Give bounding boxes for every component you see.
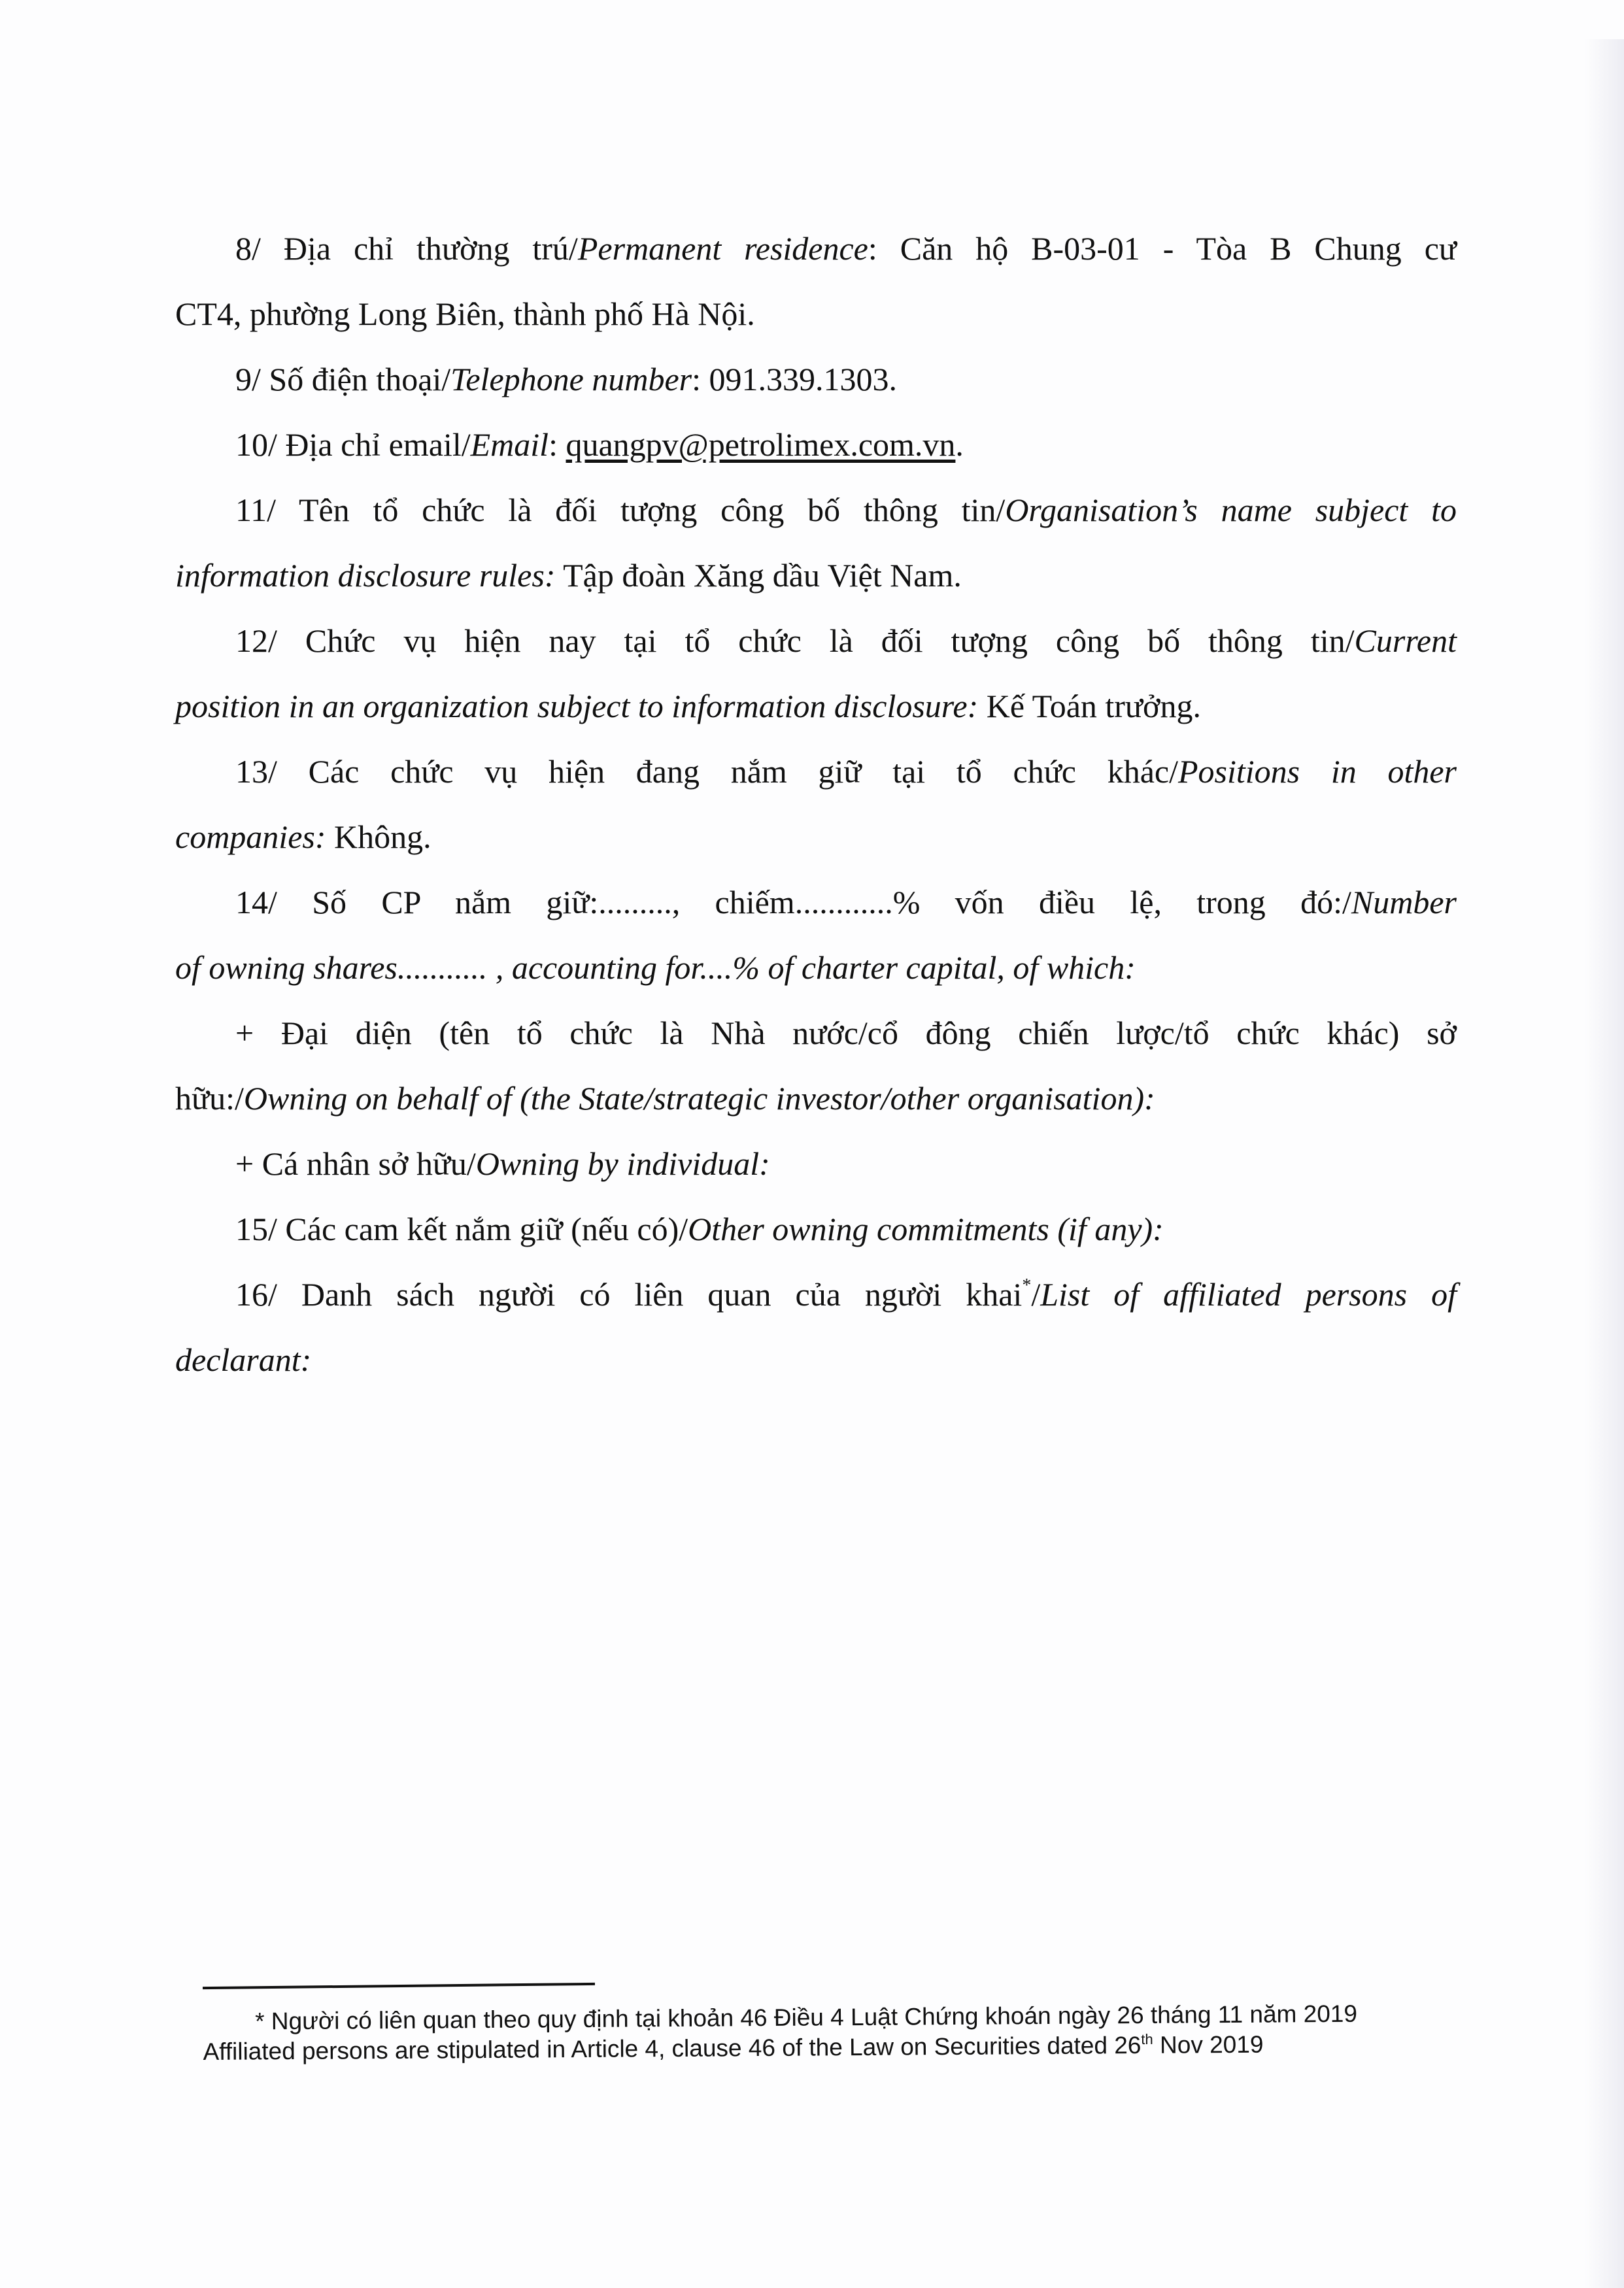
item-other-positions: 13/ Các chức vụ hiện đang nắm giữ tại tổ…: [175, 739, 1457, 869]
label-en: Owning by individual:: [476, 1145, 770, 1182]
label-vi: Cá nhân sở hữu/: [262, 1145, 476, 1182]
label-en-cont: declarant:: [175, 1341, 311, 1378]
label-en-cont: of owning shares........... , accounting…: [175, 949, 1136, 986]
item-owning-on-behalf: + Đại diện (tên tổ chức là Nhà nước/cổ đ…: [175, 1000, 1457, 1131]
footnote-en-tail: Nov 2019: [1153, 2031, 1264, 2059]
email-link[interactable]: quangpv@petrolimex.com.vn: [566, 426, 955, 463]
item-number: 12/: [235, 622, 277, 659]
label-en-cont: companies:: [175, 818, 326, 855]
label-en: List of affiliated persons of: [1040, 1276, 1457, 1313]
telephone-value: 091.339.1303.: [709, 361, 898, 397]
label-en-cont: position in an organization subject to i…: [175, 688, 978, 724]
label-vi: Các chức vụ hiện đang nắm giữ tại tổ chứ…: [309, 753, 1178, 790]
separator: :: [549, 426, 566, 463]
bullet-plus: +: [235, 1145, 254, 1182]
residence-value: Căn hộ B-03-01 - Tòa B Chung cư: [900, 230, 1457, 267]
label-vi: Các cam kết nắm giữ (nếu có)/: [285, 1211, 688, 1247]
label-vi-cont: hữu:/: [175, 1080, 244, 1117]
footnote-en-text: Affiliated persons are stipulated in Art…: [203, 2032, 1141, 2065]
label-vi: Địa chỉ email/: [285, 426, 470, 463]
item-owning-individual: + Cá nhân sở hữu/Owning by individual:: [175, 1131, 1457, 1196]
item-number: 13/: [235, 753, 277, 790]
label-vi: Số điện thoại/: [269, 361, 450, 397]
document-body: 8/ Địa chỉ thường trú/Permanent residenc…: [175, 216, 1457, 1392]
item-number: 9/: [235, 361, 261, 397]
label-en: Permanent residence: [578, 230, 868, 267]
label-en: Number: [1351, 884, 1457, 920]
label-vi: Địa chỉ thường trú/: [284, 230, 578, 267]
label-vi: Danh sách người có liên quan của người k…: [301, 1276, 1022, 1313]
position-value: Kế Toán trưởng.: [978, 688, 1201, 724]
punctuation: .: [955, 426, 964, 463]
item-number: 16/: [235, 1276, 277, 1313]
item-number: 14/: [235, 884, 277, 920]
item-telephone: 9/ Số điện thoại/Telephone number: 091.3…: [175, 346, 1457, 412]
label-en: Telephone number: [450, 361, 692, 397]
item-current-position: 12/ Chức vụ hiện nay tại tổ chức là đối …: [175, 608, 1457, 739]
label-en: Current: [1355, 622, 1457, 659]
label-en: Owning on behalf of (the State/strategic…: [244, 1080, 1155, 1117]
item-organisation-name: 11/ Tên tổ chức là đối tượng công bố thô…: [175, 477, 1457, 608]
item-email: 10/ Địa chỉ email/Email: quangpv@petroli…: [175, 412, 1457, 477]
label-en: Organisation’s name subject to: [1005, 492, 1457, 528]
item-number: 8/: [235, 230, 261, 267]
footnote-divider: [203, 1983, 595, 1989]
item-affiliated-persons: 16/ Danh sách người có liên quan của ngư…: [175, 1262, 1457, 1392]
label-en: Email: [471, 426, 549, 463]
item-permanent-residence: 8/ Địa chỉ thường trú/Permanent residenc…: [175, 216, 1457, 346]
label-vi: Đại diện (tên tổ chức là Nhà nước/cổ đôn…: [281, 1015, 1457, 1051]
bullet-plus: +: [235, 1015, 254, 1051]
separator: /: [1031, 1276, 1040, 1313]
label-en-cont: information disclosure rules:: [175, 557, 555, 594]
separator: :: [692, 361, 709, 397]
item-owning-commitments: 15/ Các cam kết nắm giữ (nếu có)/Other o…: [175, 1196, 1457, 1262]
scan-edge-shadow: [1585, 39, 1624, 2288]
footnote-mark: *: [1022, 1275, 1031, 1296]
footnote: * Người có liên quan theo quy định tại k…: [203, 1998, 1485, 2067]
separator: :: [868, 230, 900, 267]
ordinal-suffix: th: [1141, 2031, 1153, 2047]
label-vi: Chức vụ hiện nay tại tổ chức là đối tượn…: [305, 622, 1355, 659]
label-en: Other owning commitments (if any):: [688, 1211, 1164, 1247]
label-en: Positions in other: [1178, 753, 1457, 790]
organisation-value: Tập đoàn Xăng dầu Việt Nam.: [555, 557, 961, 594]
item-number: 11/: [235, 492, 276, 528]
label-vi: Tên tổ chức là đối tượng công bố thông t…: [299, 492, 1005, 528]
residence-value-cont: CT4, phường Long Biên, thành phố Hà Nội.: [175, 281, 1457, 346]
item-number: 10/: [235, 426, 277, 463]
label-vi: Số CP nắm giữ:........., chiếm..........…: [312, 884, 1351, 920]
item-number: 15/: [235, 1211, 277, 1247]
other-positions-value: Không.: [326, 818, 431, 855]
item-owning-shares: 14/ Số CP nắm giữ:........., chiếm......…: [175, 869, 1457, 1000]
